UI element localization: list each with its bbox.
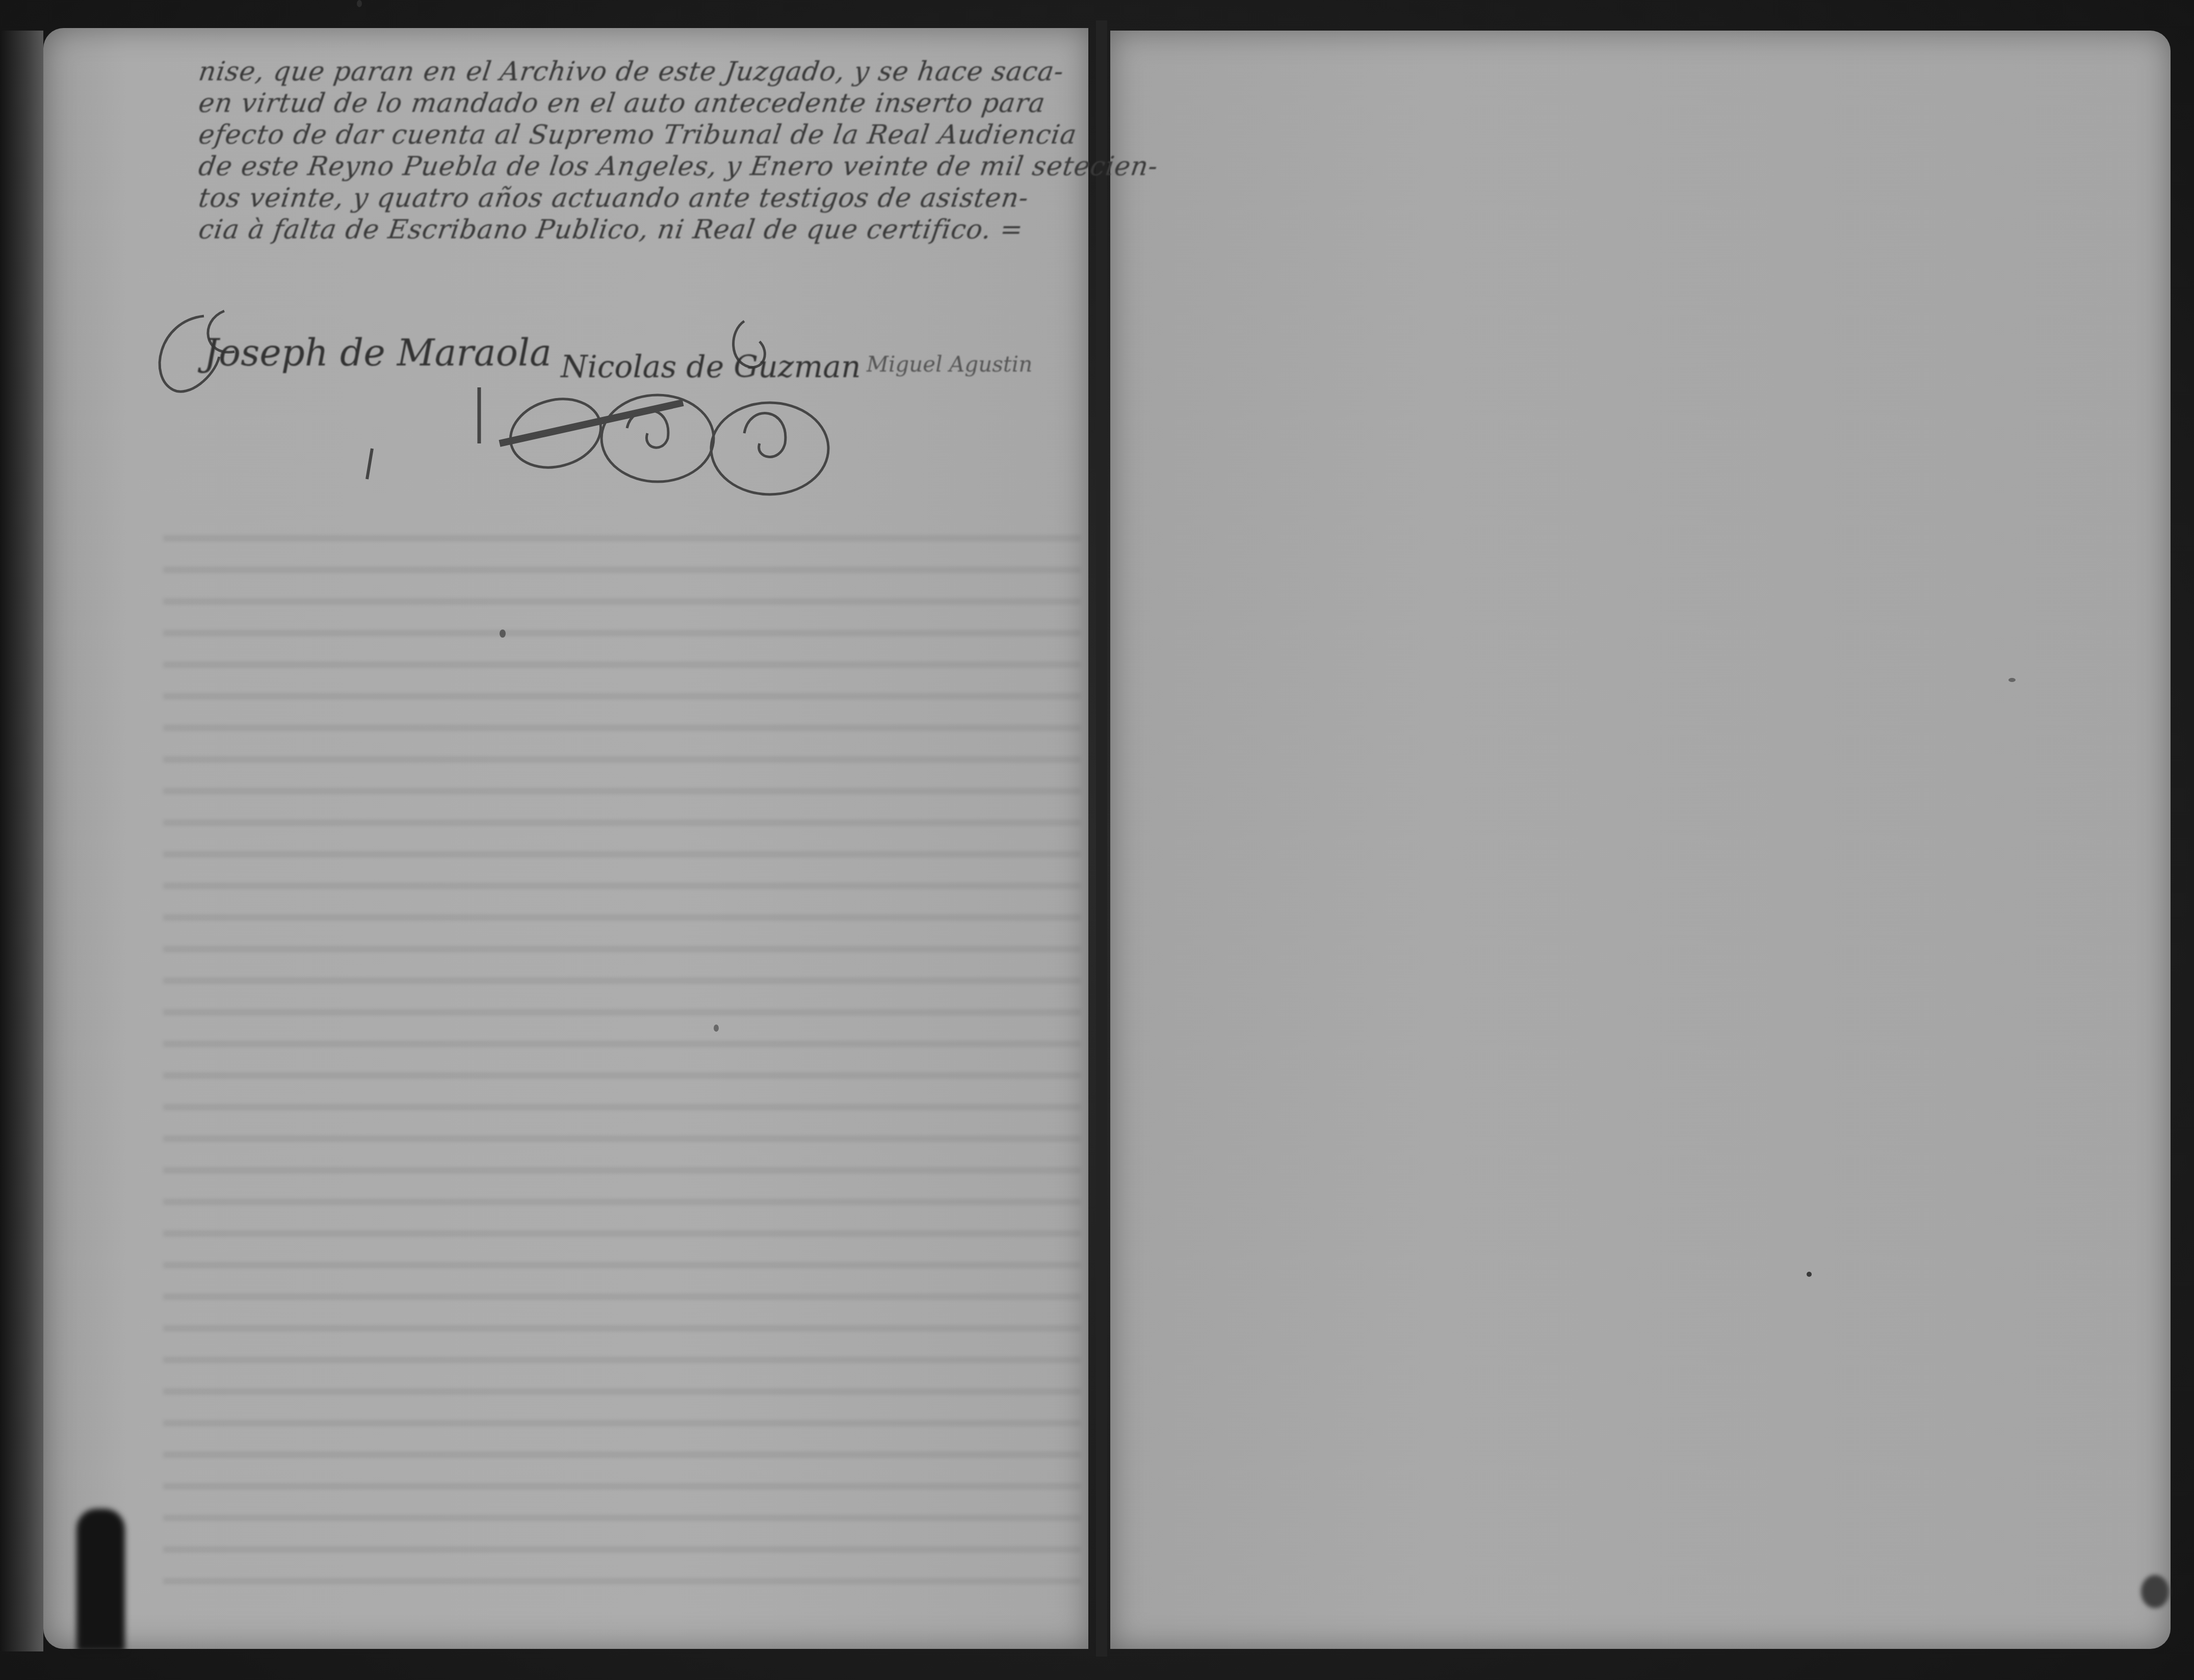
paper-speck xyxy=(714,1025,719,1032)
manuscript-text-block: nise, que paran en el Archivo de este Ju… xyxy=(199,56,1096,246)
signature-joseph: Joseph de Maraola xyxy=(204,331,552,374)
bleed-through-text xyxy=(163,510,1081,1606)
text-line-5: tos veinte, y quatro años actuando ante … xyxy=(197,182,1099,214)
binding-edge xyxy=(0,31,43,1651)
text-line-4: de este Reyno Puebla de los Angeles, y E… xyxy=(197,151,1099,182)
paper-speck xyxy=(357,0,362,7)
signature-nicolas: Nicolas de Guzman xyxy=(561,349,861,385)
signature-miguel: Miguel Agustin xyxy=(867,352,1032,377)
stain-mark xyxy=(2141,1575,2169,1608)
text-line-3: efecto de dar cuenta al Supremo Tribunal… xyxy=(197,119,1099,151)
signature-block: Joseph de Maraola Nicolas de Guzman Migu… xyxy=(143,301,1111,505)
page-gutter xyxy=(1096,20,1107,1657)
paper-speck xyxy=(2008,678,2016,682)
thumb-shadow xyxy=(76,1509,125,1651)
text-line-6: cia à falta de Escribano Publico, ni Rea… xyxy=(197,214,1099,246)
paper-speck xyxy=(500,629,506,638)
text-line-1: nise, que paran en el Archivo de este Ju… xyxy=(197,56,1099,88)
paper-speck xyxy=(1807,1272,1812,1277)
text-line-2: en virtud de lo mandado en el auto antec… xyxy=(197,88,1099,119)
right-page xyxy=(1110,31,2171,1649)
